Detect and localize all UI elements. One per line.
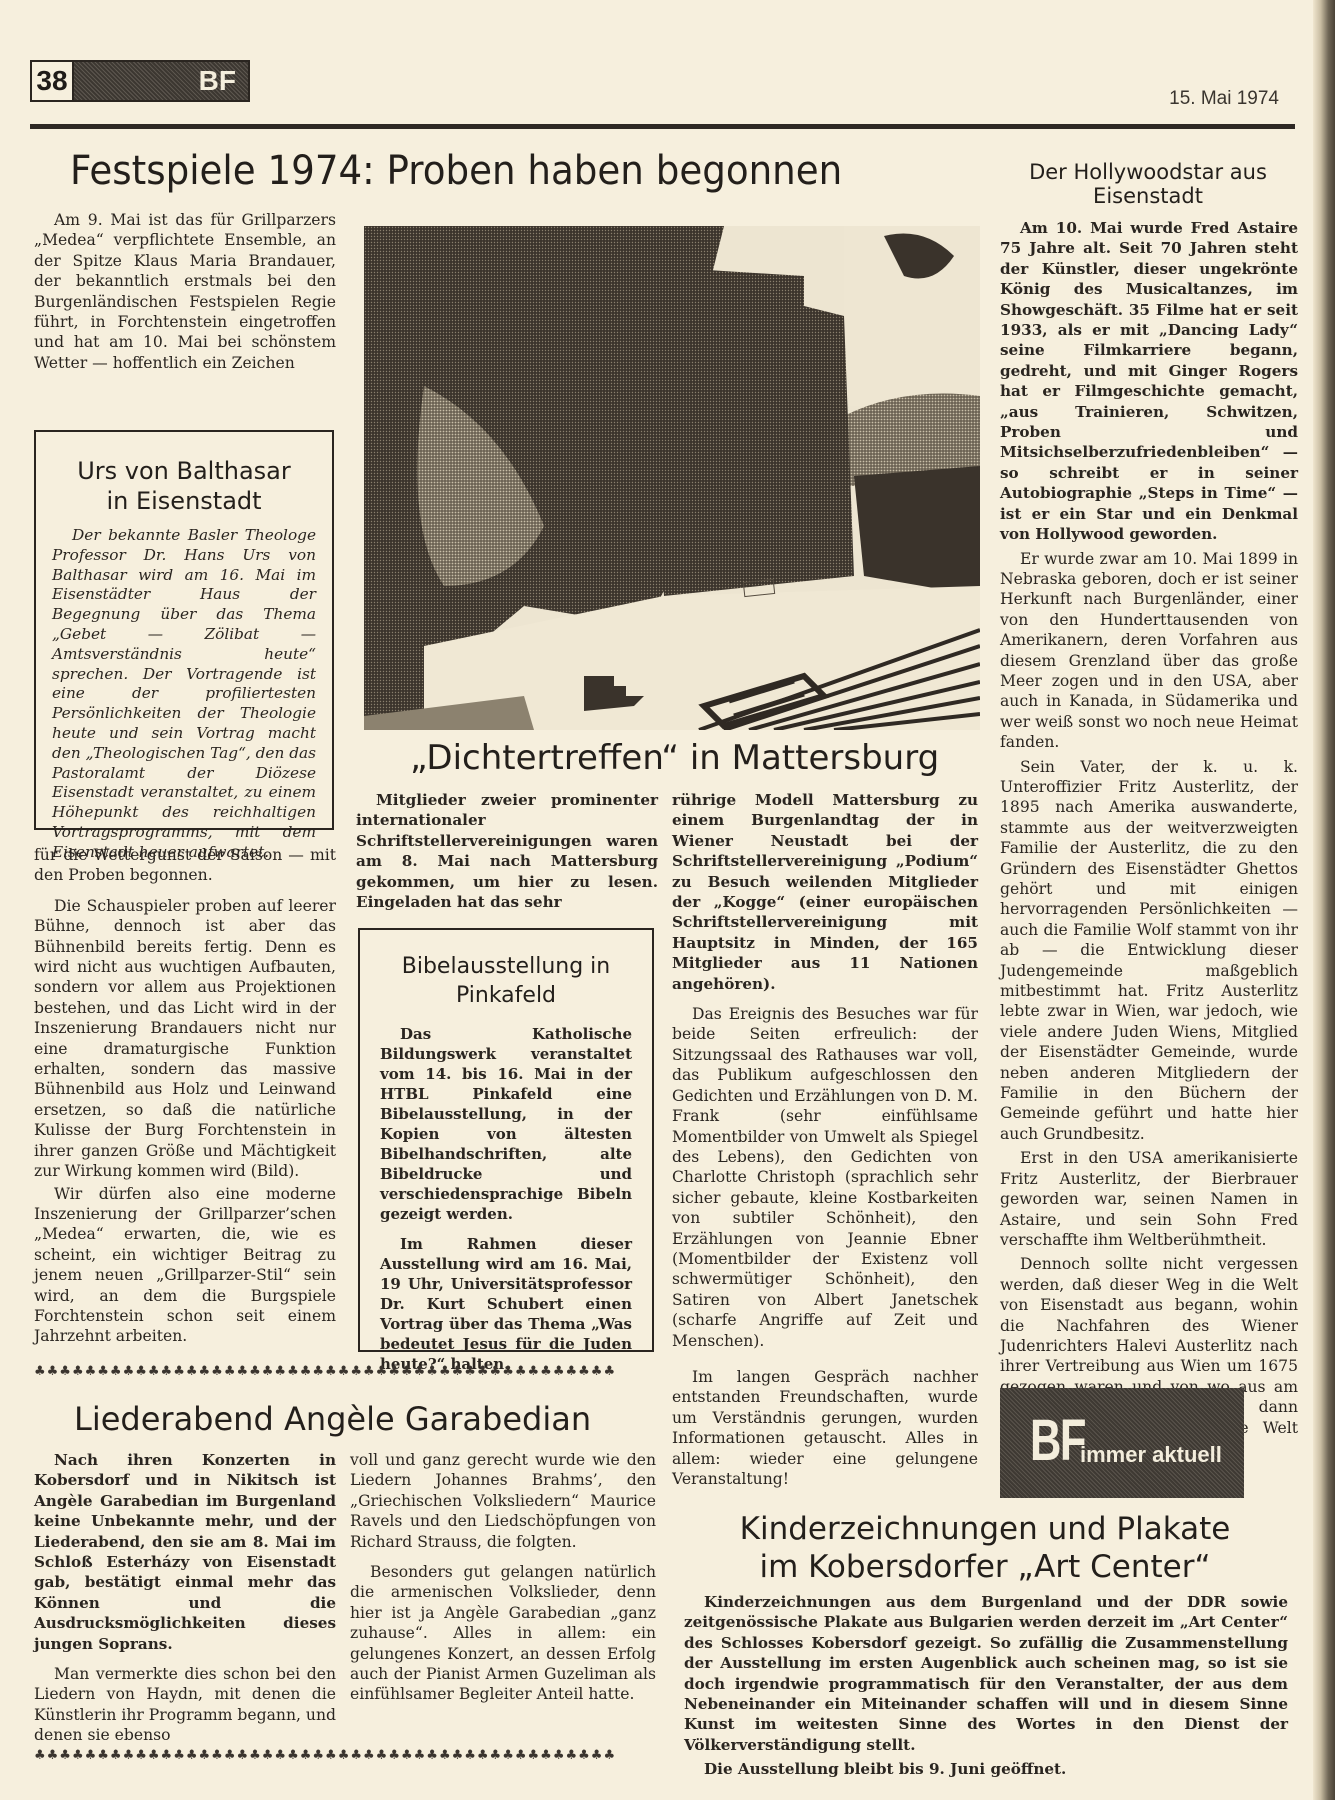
festspiele-paragraph-1: Die Schauspieler proben auf leerer Bühne… (34, 896, 336, 1182)
astaire-paragraph-3: Erst in den USA amerikanisierte Fritz Au… (1000, 1148, 1298, 1250)
bibel-headline-line1: Bibelausstellung in (360, 952, 652, 981)
ornament-divider-bottom: ♣♣♣♣♣♣♣♣♣♣♣♣♣♣♣♣♣♣♣♣♣♣♣♣♣♣♣♣♣♣♣♣♣♣♣♣♣♣♣♣… (34, 1748, 654, 1763)
kinder-paragraph-2: Die Ausstellung bleibt bis 9. Juni geöff… (684, 1759, 1288, 1779)
balthasar-text: Der bekannte Basler Theologe Professor D… (52, 526, 316, 863)
astaire-paragraph-2: Sein Vater, der k. u. k. Unteroffizier F… (1000, 757, 1298, 1145)
page-edge-shadow (1313, 0, 1335, 1800)
balthasar-headline-line2: in Eisenstadt (36, 486, 332, 516)
astaire-headline-line1: Der Hollywoodstar aus (998, 160, 1298, 184)
bf-promo-banner: BF immer aktuell (1000, 1388, 1244, 1498)
kinder-body: Kinderzeichnungen aus dem Burgenland und… (684, 1592, 1288, 1780)
festspiele-continued: für die Wettergunst der Saison — mit den… (34, 845, 336, 886)
bibel-paragraph-1: Das Katholische Bildungswerk veranstalte… (380, 1024, 632, 1224)
liederabend-left-col: Nach ihren Konzerten in Kobersdorf und i… (34, 1450, 336, 1746)
dichtertreffen-paragraph-3: Im langen Gespräch nachher entstanden Fr… (672, 1367, 978, 1489)
bibel-box: Bibelausstellung in Pinkafeld Das Kathol… (358, 928, 654, 1352)
castle-photo-image (364, 226, 980, 730)
liederabend-right-col: voll und ganz gerecht wurde wie den Lied… (350, 1450, 656, 1705)
dichtertreffen-right-col: rührige Modell Mattersburg zu einem Burg… (672, 790, 978, 1489)
festspiele-paragraph-2: Wir dürfen also eine moderne Inszenierun… (34, 1184, 336, 1347)
promo-logo: BF (1030, 1408, 1085, 1474)
dichtertreffen-lead-left-wrap: Mitglieder zweier prominenter internatio… (356, 790, 658, 912)
astaire-paragraph-1: Er wurde zwar am 10. Mai 1899 in Nebrask… (1000, 549, 1298, 753)
liederabend-paragraph-3: Besonders gut gelangen natürlich die arm… (350, 1562, 656, 1705)
bibel-paragraph-2: Im Rahmen dieser Ausstellung wird am 16.… (380, 1234, 632, 1374)
page-number-badge: 38 BF (30, 60, 250, 102)
balthasar-headline-line1: Urs von Balthasar (36, 456, 332, 486)
forchtenstein-photo (364, 226, 980, 730)
issue-date: 15. Mai 1974 (1169, 88, 1279, 110)
header-rule (30, 124, 1295, 129)
kinder-headline-line1: Kinderzeichnungen und Plakate (680, 1510, 1290, 1548)
kinder-paragraph-1: Kinderzeichnungen aus dem Burgenland und… (684, 1592, 1288, 1755)
liederabend-headline: Liederabend Angèle Garabedian (74, 1400, 591, 1438)
balthasar-text-wrap: Der bekannte Basler Theologe Professor D… (52, 526, 316, 863)
page-number: 38 (32, 62, 74, 100)
liederabend-lead: Nach ihren Konzerten in Kobersdorf und i… (34, 1450, 336, 1654)
astaire-body: Am 10. Mai wurde Fred Astaire 75 Jahre a… (1000, 218, 1298, 1458)
promo-tagline: immer aktuell (1080, 1442, 1222, 1468)
astaire-headline-line2: Eisenstadt (998, 184, 1298, 208)
astaire-lead: Am 10. Mai wurde Fred Astaire 75 Jahre a… (1000, 218, 1298, 545)
kinder-headline-line2: im Kobersdorfer „Art Center“ (680, 1548, 1290, 1586)
bibel-headline: Bibelausstellung in Pinkafeld (360, 952, 652, 1010)
balthasar-headline: Urs von Balthasar in Eisenstadt (36, 456, 332, 516)
dichtertreffen-lead-left: Mitglieder zweier prominenter internatio… (356, 790, 658, 912)
bibel-headline-line2: Pinkafeld (360, 981, 652, 1010)
astaire-headline: Der Hollywoodstar aus Eisenstadt (998, 160, 1298, 208)
liederabend-paragraph-2: Man vermerkte dies schon bei den Liedern… (34, 1664, 336, 1746)
balthasar-box: Urs von Balthasar in Eisenstadt Der beka… (34, 430, 334, 830)
festspiele-body: für die Wettergunst der Saison — mit den… (34, 845, 336, 1347)
dichtertreffen-headline: „Dichtertreffen“ in Mattersburg (410, 738, 939, 778)
dichtertreffen-paragraph-2: Das Ereignis des Besuches war für beide … (672, 1004, 978, 1351)
ornament-divider-top: ♣♣♣♣♣♣♣♣♣♣♣♣♣♣♣♣♣♣♣♣♣♣♣♣♣♣♣♣♣♣♣♣♣♣♣♣♣♣♣♣… (34, 1364, 654, 1379)
kinder-headline: Kinderzeichnungen und Plakate im Kobersd… (680, 1510, 1290, 1586)
festspiele-intro: Am 9. Mai ist das für Grillparzers „Mede… (34, 210, 336, 373)
liederabend-paragraph-2-cont: voll und ganz gerecht wurde wie den Lied… (350, 1450, 656, 1552)
masthead-logo: BF (199, 62, 236, 100)
festspiele-headline: Festspiele 1974: Proben haben begonnen (70, 148, 842, 194)
festspiele-intro-text: Am 9. Mai ist das für Grillparzers „Mede… (34, 210, 336, 373)
dichtertreffen-lead-right: rührige Modell Mattersburg zu einem Burg… (672, 790, 978, 994)
bibel-text-wrap: Das Katholische Bildungswerk veranstalte… (380, 1024, 632, 1374)
